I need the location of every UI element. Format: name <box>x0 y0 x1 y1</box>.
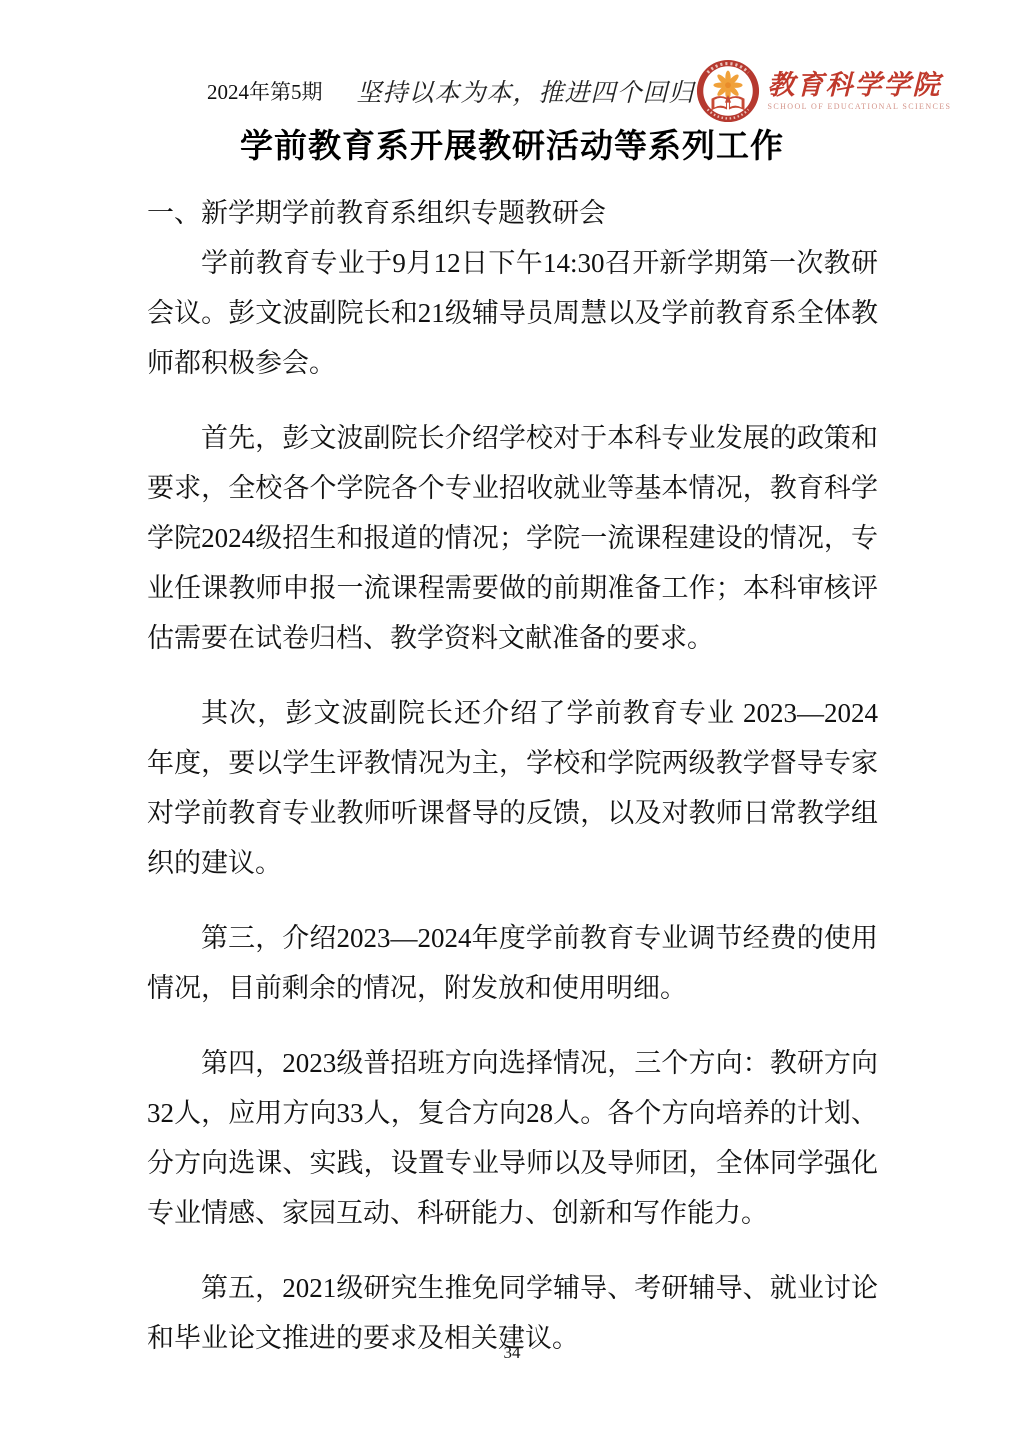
article-title: 学前教育系开展教研活动等系列工作 <box>0 120 1024 167</box>
school-name-english: SCHOOL OF EDUCATIONAL SCIENCES <box>768 102 952 111</box>
paragraph-4: 第三，介绍2023—2024年度学前教育专业调节经费的使用情况，目前剩余的情况，… <box>147 913 878 1013</box>
page-header: 2024年第5期 坚持以本为本，推进四个回归 <box>147 56 878 126</box>
section-heading: 一、新学期学前教育系组织专题教研会 <box>147 188 878 238</box>
paragraph-2: 首先，彭文波副院长介绍学校对于本科专业发展的政策和要求，全校各个学院各个专业招收… <box>147 413 878 663</box>
paragraph-3: 其次，彭文波副院长还介绍了学前教育专业 2023—2024 年度，要以学生评教情… <box>147 688 878 888</box>
school-logo: 教育科学学院 SCHOOL OF EDUCATIONAL SCIENCES <box>695 58 952 124</box>
document-page: 2024年第5期 坚持以本为本，推进四个回归 <box>0 0 1024 1447</box>
school-emblem-icon <box>695 58 761 124</box>
school-name: 教育科学学院 <box>768 71 942 101</box>
paragraph-5: 第四，2023级普招班方向选择情况，三个方向：教研方向32人，应用方向33人，复… <box>147 1038 878 1238</box>
header-slogan: 坚持以本为本，推进四个回归 <box>357 73 695 109</box>
school-logo-text: 教育科学学院 SCHOOL OF EDUCATIONAL SCIENCES <box>768 71 952 112</box>
paragraph-1: 学前教育专业于9月12日下午14:30召开新学期第一次教研会议。彭文波副院长和2… <box>147 238 878 388</box>
article-body: 一、新学期学前教育系组织专题教研会 学前教育专业于9月12日下午14:30召开新… <box>147 188 878 1363</box>
issue-number: 2024年第5期 <box>207 76 323 106</box>
page-number: 34 <box>0 1343 1024 1363</box>
